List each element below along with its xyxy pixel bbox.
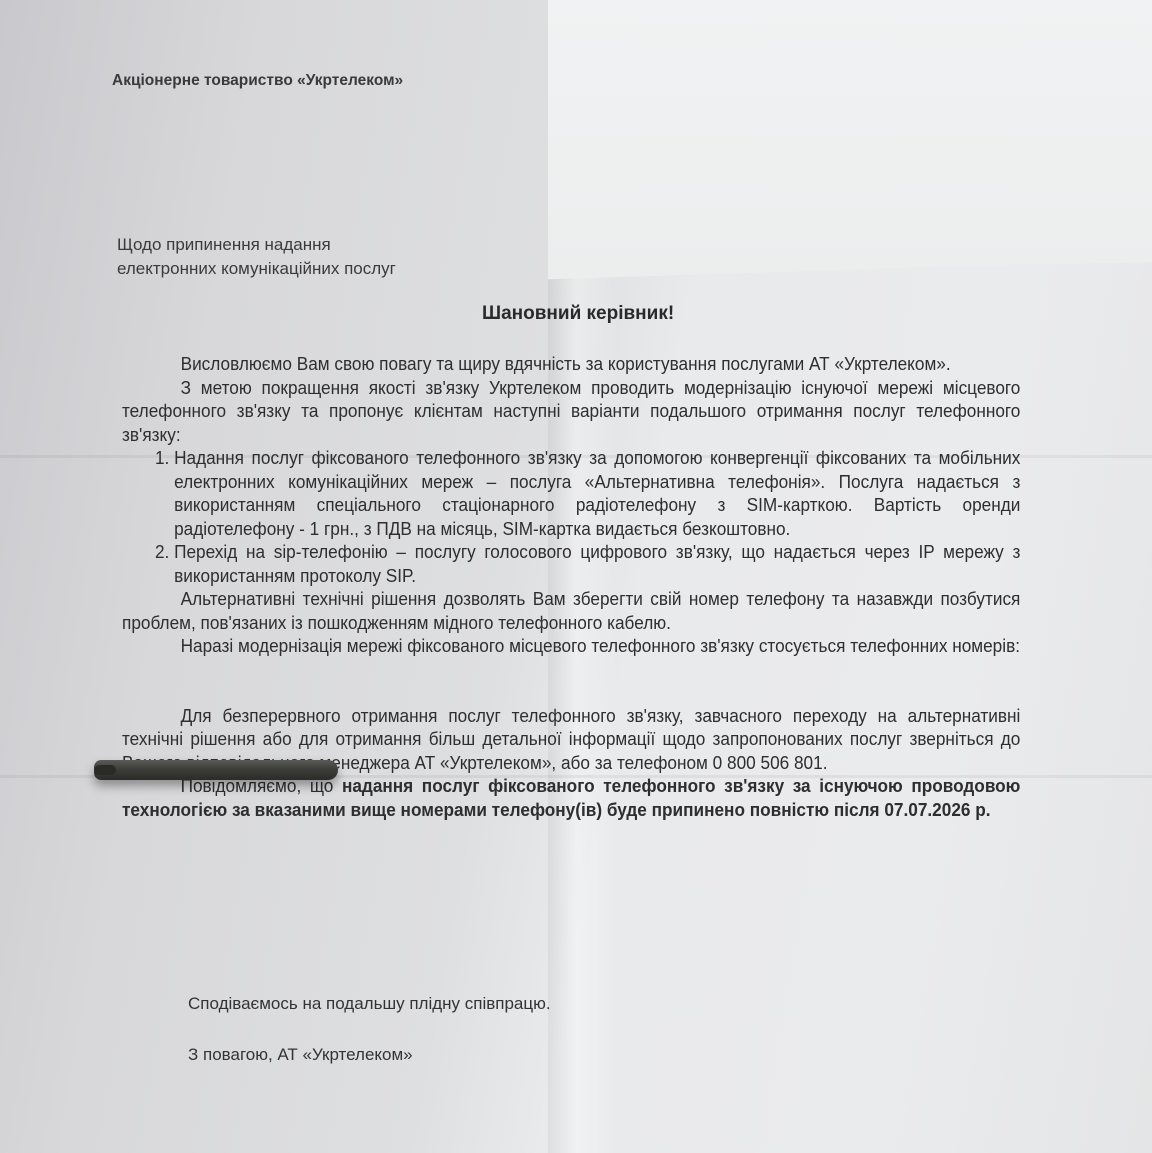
paragraph-modernization: З метою покращення якості зв'язку Укртел… [122,376,1020,447]
letter-subject: Щодо припинення надання електронних кому… [117,233,396,281]
paragraph-termination-notice: Повідомляємо, що надання послуг фіксован… [122,774,1020,821]
redacted-numbers-area [122,658,1020,704]
paragraph-affected-numbers: Наразі модернізація мережі фіксованого м… [122,634,1020,658]
list-item-alternative-telephony: Надання послуг фіксованого телефонного з… [174,446,1020,540]
closing-line: Сподіваємось на подальшу плідну співпрац… [188,994,551,1014]
subject-line: Щодо припинення надання [117,233,396,257]
service-options-list: Надання послуг фіксованого телефонного з… [122,446,1020,587]
subject-line: електронних комунікаційних послуг [117,257,396,281]
paragraph-benefits: Альтернативні технічні рішення дозволять… [122,587,1020,634]
paragraph-gratitude: Висловлюємо Вам свою повагу та щиру вдяч… [122,352,1020,376]
list-item-sip-telephony: Перехід на sip-телефонію – послугу голос… [174,540,1020,587]
letter-paper: Акціонерне товариство «Укртелеком» Щодо … [0,0,1152,1153]
letter-body: Висловлюємо Вам свою повагу та щиру вдяч… [122,352,1020,821]
pen-object-covering-numbers [94,760,338,780]
sender-name: Акціонерне товариство «Укртелеком» [112,72,403,90]
folded-paper-flap [548,0,1152,285]
signature: З повагою, АТ «Укртелеком» [188,1045,413,1065]
greeting: Шановний керівник! [482,303,674,325]
